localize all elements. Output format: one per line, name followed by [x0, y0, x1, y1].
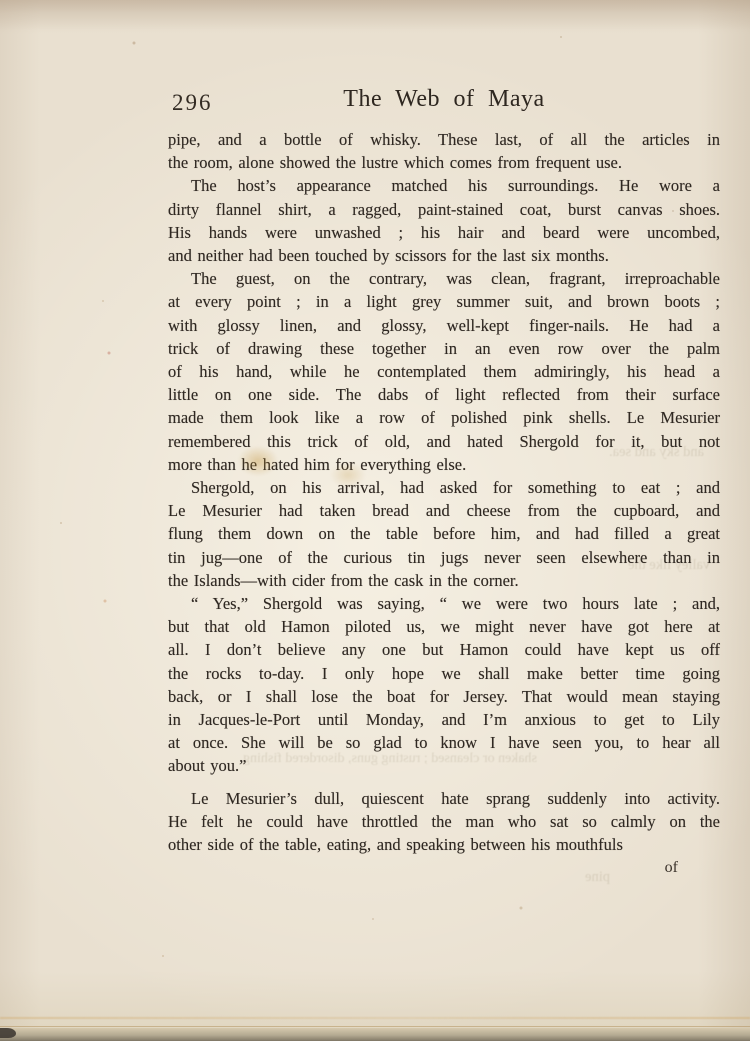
page-top-shadow: [0, 0, 750, 34]
paragraph: Shergold, on his arrival, had asked for …: [168, 476, 720, 592]
text-line: His hands were unwashed ; his hair and b…: [168, 221, 720, 244]
text-line: the rocks to-day. I only hope we shall m…: [168, 662, 720, 685]
text-line: remembered this trick of old, and hated …: [168, 430, 720, 453]
text-line: at once. She will be so glad to know I h…: [168, 731, 720, 754]
paragraph: “ Yes,” Shergold was saying, “ we were t…: [168, 592, 720, 778]
text-column: 296 The Web of Maya pipe, and a bottle o…: [168, 86, 720, 880]
page-bottom-edge: [0, 1001, 750, 1041]
paragraph: Le Mesurier’s dull, quiescent hate spran…: [168, 787, 720, 857]
text-line: little on one side. The dabs of light re…: [168, 383, 720, 406]
page-header: 296 The Web of Maya: [168, 86, 720, 126]
text-line: more than he hated him for everything el…: [168, 453, 720, 476]
text-line: tin jug—one of the curious tin jugs neve…: [168, 546, 720, 569]
text-line: and neither had been touched by scissors…: [168, 244, 720, 267]
text-line: Shergold, on his arrival, had asked for …: [168, 476, 720, 499]
paragraph: pipe, and a bottle of whisky. These last…: [168, 128, 720, 174]
text-line: made them look like a row of polished pi…: [168, 406, 720, 429]
text-line: with glossy linen, and glossy, well-kept…: [168, 314, 720, 337]
text-line: the Islands—with cider from the cask in …: [168, 569, 720, 592]
text-line: at every point ; in a light grey summer …: [168, 290, 720, 313]
text-line: of his hand, while he contemplated them …: [168, 360, 720, 383]
page-body: pipe, and a bottle of whisky. These last…: [168, 128, 720, 856]
text-line: all. I don’t believe any one but Hamon c…: [168, 638, 720, 661]
text-line: The host’s appearance matched his surrou…: [168, 174, 720, 197]
text-line: back, or I shall lose the boat for Jerse…: [168, 685, 720, 708]
foxing-specks: [0, 0, 2, 2]
text-line: He felt he could have throttled the man …: [168, 810, 720, 833]
text-line: but that old Hamon piloted us, we might …: [168, 615, 720, 638]
text-line: pipe, and a bottle of whisky. These last…: [168, 128, 720, 151]
paragraph: The guest, on the contrary, was clean, f…: [168, 267, 720, 476]
catchword: of: [168, 856, 720, 879]
text-line: “ Yes,” Shergold was saying, “ we were t…: [168, 592, 720, 615]
paragraph: The host’s appearance matched his surrou…: [168, 174, 720, 267]
text-line: The guest, on the contrary, was clean, f…: [168, 267, 720, 290]
text-line: trick of drawing these together in an ev…: [168, 337, 720, 360]
book-page-scan: and sky and sea. valley like the shaken …: [0, 0, 750, 1041]
text-line: flung them down on the table before him,…: [168, 522, 720, 545]
page-edge-strip: [0, 1028, 750, 1041]
text-line: Le Mesurier’s dull, quiescent hate spran…: [168, 787, 720, 810]
text-line: the room, alone showed the lustre which …: [168, 151, 720, 174]
page-edge-line: [0, 1017, 750, 1019]
text-line: about you.”: [168, 754, 720, 777]
corner-mark: [0, 1028, 16, 1038]
text-line: dirty flannel shirt, a ragged, paint-sta…: [168, 198, 720, 221]
text-line: Le Mesurier had taken bread and cheese f…: [168, 499, 720, 522]
running-title: The Web of Maya: [168, 86, 720, 113]
page-number: 296: [172, 90, 213, 116]
text-line: in Jacques-le-Port until Monday, and I’m…: [168, 708, 720, 731]
page-edge-line: [0, 1026, 750, 1028]
text-line: other side of the table, eating, and spe…: [168, 833, 720, 856]
